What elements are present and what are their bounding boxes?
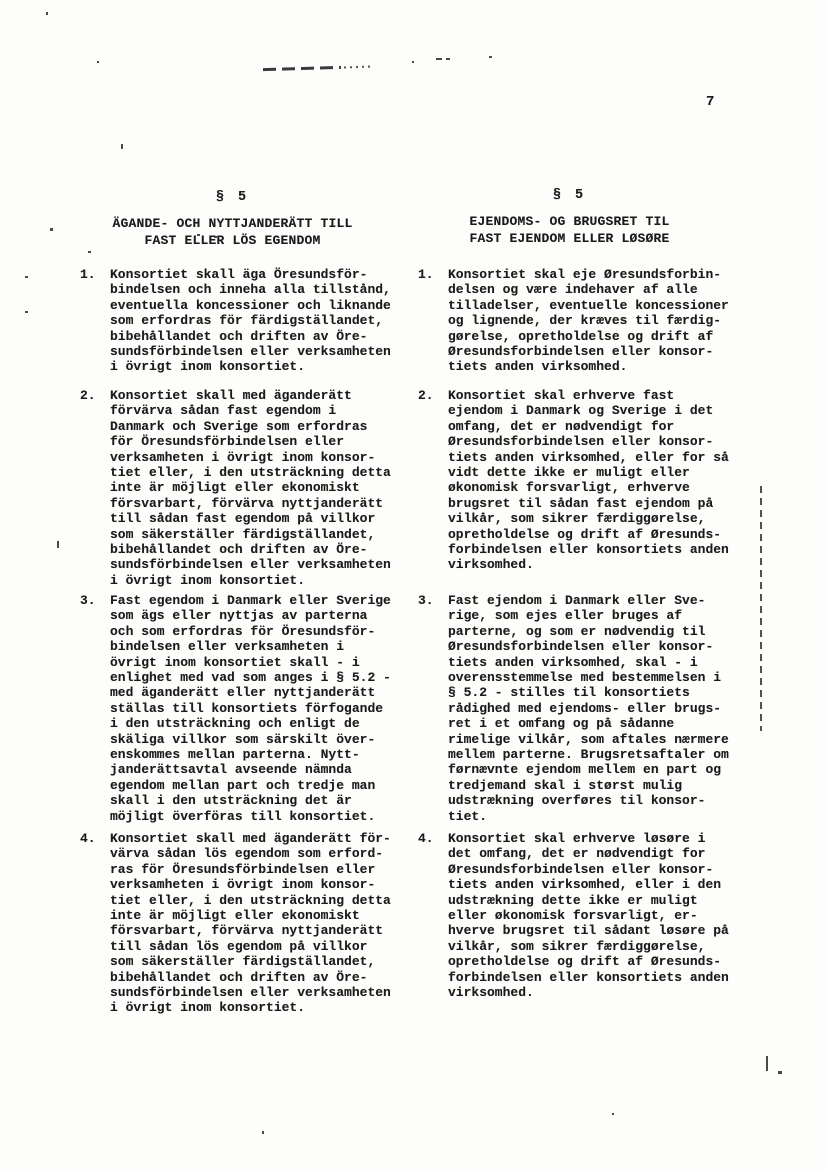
paragraph-text: Konsortiet skall med äganderätt för- vär… bbox=[110, 831, 391, 1016]
paragraph-text: Konsortiet skal eje Øresundsforbin- dels… bbox=[448, 267, 729, 375]
scan-artifact bbox=[436, 58, 442, 60]
scan-artifact bbox=[766, 1056, 768, 1071]
paragraph-text: Fast egendom i Danmark eller Sverige som… bbox=[110, 593, 391, 824]
danish-section-mark: § 5 bbox=[422, 188, 717, 203]
scanned-document-page: 7 § 5 ÄGANDE- OCH NYTTJANDERÄTT TILL FAS… bbox=[0, 0, 827, 1170]
scan-artifact bbox=[262, 1131, 264, 1134]
danish-title-line-2: FAST EJENDOM ELLER LØSØRE bbox=[422, 231, 717, 248]
paragraph-text: Konsortiet skal erhverve løsøre i det om… bbox=[448, 831, 729, 1000]
swedish-paragraph-4: 4. Konsortiet skall med äganderätt för- … bbox=[80, 831, 391, 1016]
paragraph-text: Fast ejendom i Danmark eller Sve- rige, … bbox=[448, 593, 729, 824]
swedish-paragraph-1: 1. Konsortiet skall äga Öresundsför- bin… bbox=[80, 267, 391, 375]
scan-artifact bbox=[760, 486, 762, 731]
swedish-section-mark: § 5 bbox=[85, 190, 380, 205]
scan-artifact bbox=[46, 12, 48, 15]
swedish-paragraph-2: 2. Konsortiet skall med äganderätt förvä… bbox=[80, 388, 391, 588]
swedish-title-line-1: ÄGANDE- OCH NYTTJANDERÄTT TILL bbox=[85, 216, 380, 233]
scan-artifact bbox=[612, 1113, 614, 1115]
danish-paragraph-2: 2. Konsortiet skal erhverve fast ejendom… bbox=[418, 388, 729, 573]
scan-artifact bbox=[97, 61, 99, 63]
paragraph-number: 3. bbox=[80, 593, 110, 608]
scan-artifact bbox=[263, 66, 341, 71]
paragraph-text: Konsortiet skall med äganderätt förvärva… bbox=[110, 388, 391, 588]
swedish-title-line-2: FAST ELLER LÖS EGENDOM bbox=[85, 233, 380, 250]
swedish-paragraph-3: 3. Fast egendom i Danmark eller Sverige … bbox=[80, 593, 391, 824]
scan-artifact bbox=[25, 276, 28, 278]
danish-paragraph-4: 4. Konsortiet skal erhverve løsøre i det… bbox=[418, 831, 729, 1000]
danish-paragraph-3: 3. Fast ejendom i Danmark eller Sve- rig… bbox=[418, 593, 729, 824]
scan-artifact bbox=[88, 251, 91, 253]
paragraph-number: 1. bbox=[80, 267, 110, 282]
page-number: 7 bbox=[706, 94, 714, 110]
paragraph-text: Konsortiet skal erhverve fast ejendom i … bbox=[448, 388, 729, 573]
scan-artifact bbox=[25, 311, 28, 313]
danish-column-header: § 5 EJENDOMS- OG BRUGSRET TIL FAST EJEND… bbox=[422, 188, 717, 247]
scan-artifact bbox=[778, 1071, 782, 1074]
scan-artifact bbox=[50, 228, 53, 231]
paragraph-number: 2. bbox=[418, 388, 448, 403]
scan-artifact bbox=[446, 58, 450, 60]
paragraph-text: Konsortiet skall äga Öresundsför- bindel… bbox=[110, 267, 391, 375]
paragraph-number: 2. bbox=[80, 388, 110, 403]
scan-artifact bbox=[57, 541, 59, 548]
scan-artifact bbox=[344, 66, 372, 69]
scan-artifact bbox=[121, 144, 123, 149]
paragraph-number: 3. bbox=[418, 593, 448, 608]
danish-title-line-1: EJENDOMS- OG BRUGSRET TIL bbox=[422, 214, 717, 231]
swedish-column-header: § 5 ÄGANDE- OCH NYTTJANDERÄTT TILL FAST … bbox=[85, 190, 380, 249]
paragraph-number: 4. bbox=[80, 831, 110, 846]
scan-artifact bbox=[489, 56, 492, 58]
scan-artifact bbox=[412, 61, 414, 63]
paragraph-number: 1. bbox=[418, 267, 448, 282]
danish-paragraph-1: 1. Konsortiet skal eje Øresundsforbin- d… bbox=[418, 267, 729, 375]
paragraph-number: 4. bbox=[418, 831, 448, 846]
